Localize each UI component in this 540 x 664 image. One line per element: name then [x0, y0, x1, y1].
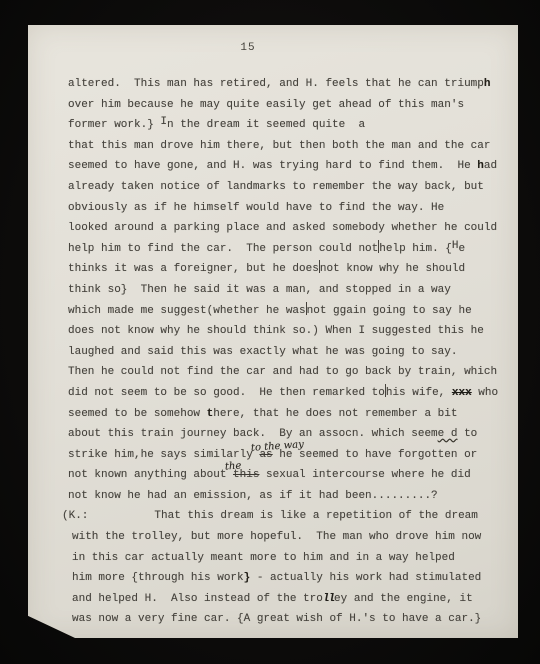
text-segment: did not seem to be so good. He then rema…	[68, 387, 385, 399]
text-segment: thinks it was a foreigner, but he does	[68, 263, 319, 275]
typewritten-line: that this man drove him there, but then …	[68, 136, 508, 157]
text-segment: already taken notice of landmarks to rem…	[68, 181, 484, 193]
typewritten-line: which made me suggest(whether he wasnot …	[68, 301, 508, 322]
text-segment: altered. This man has retired, and H. fe…	[68, 78, 484, 90]
typewritten-line: Then he could not find the car and had t…	[68, 362, 508, 383]
text-segment: h	[477, 160, 484, 172]
typewritten-line: looked around a parking place and asked …	[68, 218, 508, 239]
text-block: altered. This man has retired, and H. fe…	[68, 74, 508, 630]
text-segment: not know he had an emission, as if it ha…	[68, 490, 438, 502]
typewritten-line: with the trolley, but more hopeful. The …	[72, 527, 508, 548]
text-segment: looked around a parking place and asked …	[68, 222, 497, 234]
typewritten-line: does not know why he should think so.) W…	[68, 321, 508, 342]
typewritten-line: (K.: That this dream is like a repetitio…	[62, 506, 508, 527]
text-segment: to	[457, 428, 477, 440]
text-segment: I	[160, 116, 167, 128]
typewritten-line: not known anything about thisthe sexual …	[68, 465, 508, 486]
typewritten-line: former work.} In the dream it seemed qui…	[68, 115, 508, 136]
text-segment: e	[459, 243, 466, 255]
text-segment: laughed and said this was exactly what h…	[68, 346, 457, 358]
text-segment: thisthe	[233, 469, 259, 481]
page-number: 15	[224, 42, 272, 54]
text-segment: here, that he does not remember a bit	[213, 408, 457, 420]
handwritten-annotation: the	[224, 457, 242, 479]
text-segment: which made me suggest(whether he was	[68, 305, 306, 317]
text-segment: help him. {	[379, 243, 452, 255]
text-segment: ey and the engine, it	[334, 593, 473, 605]
typewritten-line: him more {through his work} - actually h…	[72, 568, 508, 589]
text-segment: not know why he should	[320, 263, 465, 275]
typewritten-line: already taken notice of landmarks to rem…	[68, 177, 508, 198]
text-segment: was now a very fine car. {A great wish o…	[72, 613, 481, 625]
typewritten-line: did not seem to be so good. He then rema…	[68, 383, 508, 404]
text-segment: Then he could not find the car and had t…	[68, 366, 497, 378]
typewritten-line: seemed to have gone, and H. was trying h…	[68, 156, 508, 177]
text-segment: ad	[484, 160, 497, 172]
text-segment: and helped H. Also instead of the tro	[72, 593, 323, 605]
text-segment: does not know why he should think so.) W…	[68, 325, 484, 337]
photo-background: 15 altered. This man has retired, and H.…	[0, 0, 540, 664]
text-segment: (K.: That this dream is like a repetitio…	[62, 510, 478, 522]
typewritten-line: was now a very fine car. {A great wish o…	[72, 609, 508, 630]
text-segment: seemed to have gone, and H. was trying h…	[68, 160, 477, 172]
text-segment: former work.}	[68, 119, 160, 131]
typewritten-line: thinks it was a foreigner, but he doesno…	[68, 259, 508, 280]
text-segment: not known anything about	[68, 469, 233, 481]
text-segment: over him because he may quite easily get…	[68, 99, 464, 111]
typewritten-line: think so} Then he said it was a man, and…	[68, 280, 508, 301]
text-segment: think so} Then he said it was a man, and…	[68, 284, 451, 296]
text-segment: sexual intercourse where he did	[259, 469, 470, 481]
text-segment: with the trolley, but more hopeful. The …	[72, 531, 481, 543]
typewritten-line: laughed and said this was exactly what h…	[68, 342, 508, 363]
text-segment: that this man drove him there, but then …	[68, 140, 490, 152]
text-segment: obviously as if he himself would have to…	[68, 202, 444, 214]
typewritten-line: not know he had an emission, as if it ha…	[68, 486, 508, 507]
typewritten-line: help him to find the car. The person cou…	[68, 239, 508, 260]
text-segment: h	[484, 78, 491, 90]
typewritten-line: and helped H. Also instead of the trolle…	[72, 589, 508, 610]
typewritten-line: in this car actually meant more to him a…	[72, 548, 508, 569]
typewritten-line: seemed to be somehow there, that he does…	[68, 404, 508, 425]
text-segment: - actually his work had stimulated	[250, 572, 481, 584]
text-segment: H	[452, 240, 459, 252]
text-segment: e d	[438, 428, 458, 440]
text-segment: xxx	[452, 387, 472, 399]
typewritten-line: strike him,he says similarly asto the wa…	[68, 445, 508, 466]
text-segment: his wife,	[386, 387, 452, 399]
text-segment: n the dream it seemed quite a	[167, 119, 365, 131]
text-segment: ll	[323, 593, 334, 605]
text-segment: him more {through his work	[72, 572, 244, 584]
text-segment: help him to find the car. The person cou…	[68, 243, 378, 255]
text-segment: seemed to be somehow	[68, 408, 207, 420]
text-segment: asto the way	[259, 449, 272, 461]
handwritten-annotation: to the way	[251, 435, 305, 459]
text-segment: in this car actually meant more to him a…	[72, 552, 455, 564]
typewritten-line: over him because he may quite easily get…	[68, 95, 508, 116]
text-segment: not ggain going to say he	[307, 305, 472, 317]
typewritten-line: obviously as if he himself would have to…	[68, 198, 508, 219]
typewritten-line: altered. This man has retired, and H. fe…	[68, 74, 508, 95]
document-page: 15 altered. This man has retired, and H.…	[28, 25, 518, 638]
text-segment: who	[472, 387, 498, 399]
